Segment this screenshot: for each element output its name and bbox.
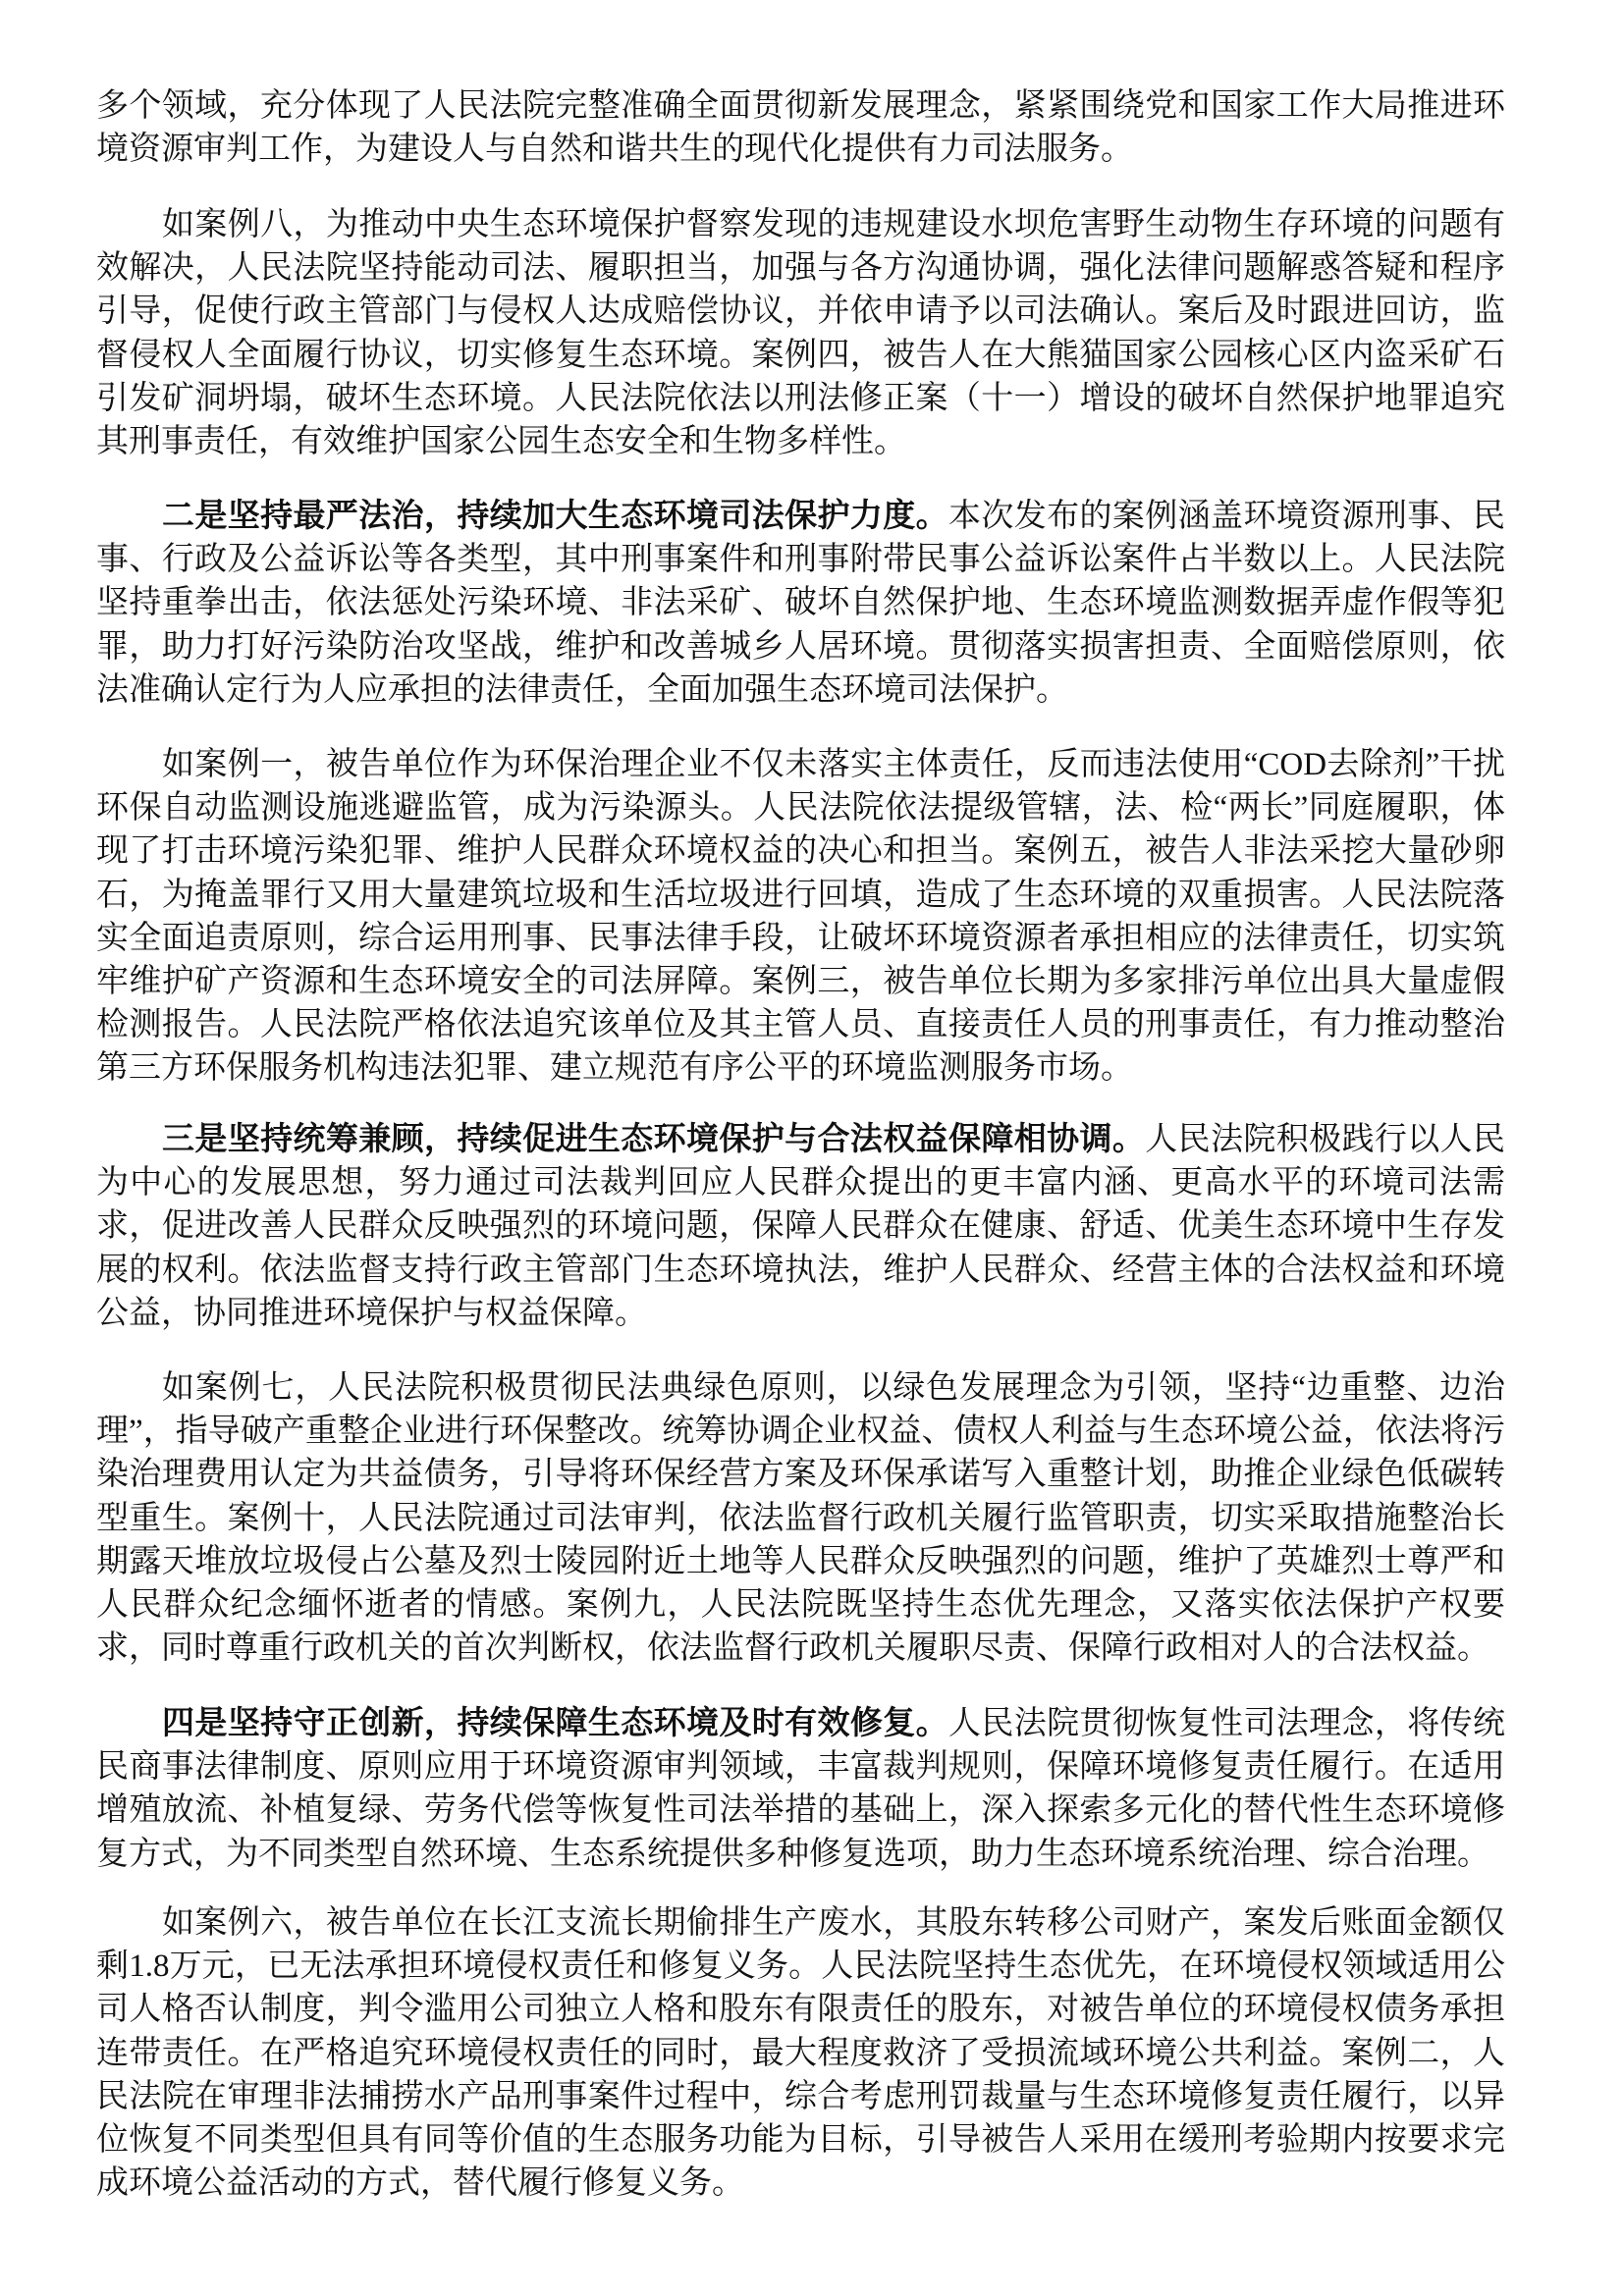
text-run: 效解决，人民法院坚持能动司法、履职担当，加强与各方沟通协调，强化法律问题解惑答疑… bbox=[96, 247, 1505, 286]
text-run: 人民法院积极践行以人民 bbox=[1145, 1119, 1505, 1157]
text-run: 如案例一，被告单位作为环保治理企业不仅未落实主体责任，反而违法使用 bbox=[162, 744, 1244, 782]
text-line: 效解决，人民法院坚持能动司法、履职担当，加强与各方沟通协调，强化法律问题解惑答疑… bbox=[96, 245, 1505, 289]
text-line: 石，为掩盖罪行又用大量建筑垃圾和生活垃圾进行回填，造成了生态环境的双重损害。人民… bbox=[96, 873, 1505, 916]
text-run: 连带责任。在严格追究环境侵权责任的同时，最大程度救济了受损流域环境公共利益。案例… bbox=[96, 2033, 1505, 2071]
text-line: 型重生。案例十，人民法院通过司法审判，依法监督行政机关履行监管职责，切实采取措施… bbox=[96, 1496, 1505, 1539]
bold-lead-heading: 四是坚持守正创新，持续保障生态环境及时有效修复。 bbox=[162, 1703, 948, 1741]
text-run: 民法院在审理非法捕捞水产品刑事案件过程中，综合考虑刑罚裁量与生态环境修复责任履行… bbox=[96, 2076, 1505, 2114]
text-line: 位恢复不同类型但具有同等价值的生态服务功能为目标，引导被告人采用在缓刑考验期内按… bbox=[96, 2117, 1505, 2161]
text-line: 求，促进改善人民群众反映强烈的环境问题，保障人民群众在健康、舒适、优美生态环境中… bbox=[96, 1203, 1505, 1247]
bold-lead-heading: 二是坚持最严法治，持续加大生态环境司法保护力度。 bbox=[162, 496, 948, 534]
text-line: 如案例七，人民法院积极贯彻民法典绿色原则，以绿色发展理念为引领，坚持“边重整、边… bbox=[96, 1365, 1505, 1409]
text-line: 民商事法律制度、原则应用于环境资源审判领域，丰富裁判规则，保障环境修复责任履行。… bbox=[96, 1744, 1505, 1788]
text-run: 牢维护矿产资源和生态环境安全的司法屏障。案例三，被告单位长期为多家排污单位出具大… bbox=[96, 961, 1505, 999]
text-line: 剩1.8万元，已无法承担环境侵权责任和修复义务。人民法院坚持生态优先，在环境侵权… bbox=[96, 1944, 1505, 1987]
text-run: 增殖放流、补植复绿、劳务代偿等恢复性司法举措的基础上，深入探索多元化的替代性生态… bbox=[96, 1789, 1505, 1828]
text-run: 染治理费用认定为共益债务，引导将环保经营方案及环保承诺写入重整计划，助推企业绿色… bbox=[96, 1454, 1505, 1492]
text-run: 复方式，为不同类型自然环境、生态系统提供多种修复选项，助力生态环境系统治理、综合… bbox=[96, 1834, 1489, 1872]
bold-lead-heading: 三是坚持统筹兼顾，持续促进生态环境保护与合法权益保障相协调。 bbox=[162, 1119, 1145, 1157]
text-line: 四是坚持守正创新，持续保障生态环境及时有效修复。人民法院贯彻恢复性司法理念，将传… bbox=[96, 1701, 1505, 1744]
text-line: 罪，助力打好污染防治攻坚战，维护和改善城乡人居环境。贯彻落实损害担责、全面赔偿原… bbox=[96, 624, 1505, 667]
text-run: 期露天堆放垃圾侵占公墓及烈士陵园附近土地等人民群众反映强烈的问题，维护了英雄烈士… bbox=[96, 1541, 1505, 1579]
text-line: 公益，协同推进环境保护与权益保障。 bbox=[96, 1291, 1505, 1334]
paragraph: 三是坚持统筹兼顾，持续促进生态环境保护与合法权益保障相协调。人民法院积极践行以人… bbox=[96, 1117, 1505, 1334]
text-line: 坚持重拳出击，依法惩处污染环境、非法采矿、破坏自然保护地、生态环境监测数据弄虚作… bbox=[96, 580, 1505, 623]
text-run: 成环境公益活动的方式，替代履行修复义务。 bbox=[96, 2163, 744, 2201]
text-line: 二是坚持最严法治，持续加大生态环境司法保护力度。本次发布的案例涵盖环境资源刑事、… bbox=[96, 494, 1505, 537]
text-run: 为中心的发展思想，努力通过司法裁判回应人民群众提出的更丰富内涵、更高水平的环境司… bbox=[96, 1162, 1505, 1201]
text-line: 如案例六，被告单位在长江支流长期偷排生产废水，其股东转移公司财产，案发后账面金额… bbox=[96, 1900, 1505, 1944]
text-line: 牢维护矿产资源和生态环境安全的司法屏障。案例三，被告单位长期为多家排污单位出具大… bbox=[96, 959, 1505, 1002]
text-run: 引导，促使行政主管部门与侵权人达成赔偿协议，并依申请予以司法确认。案后及时跟进回… bbox=[96, 291, 1505, 329]
text-run: 检测报告。人民法院严格依法追究该单位及其主管人员、直接责任人员的刑事责任，有力推… bbox=[96, 1004, 1505, 1042]
text-line: 其刑事责任，有效维护国家公园生态安全和生物多样性。 bbox=[96, 419, 1505, 462]
text-line: 事、行政及公益诉讼等各类型，其中刑事案件和刑事附带民事公益诉讼案件占半数以上。人… bbox=[96, 537, 1505, 580]
text-line: 境资源审判工作，为建设人与自然和谐共生的现代化提供有力司法服务。 bbox=[96, 127, 1505, 170]
text-run: 石，为掩盖罪行又用大量建筑垃圾和生活垃圾进行回填，造成了生态环境的双重损害。人民… bbox=[96, 875, 1505, 913]
paragraph: 如案例八，为推动中央生态环境保护督察发现的违规建设水坝危害野生动物生存环境的问题… bbox=[96, 202, 1505, 462]
text-run: 如案例六，被告单位在长江支流长期偷排生产废水，其股东转移公司财产，案发后账面金额… bbox=[162, 1902, 1505, 1941]
text-run: 去除剂 bbox=[1326, 744, 1426, 782]
text-line: 三是坚持统筹兼顾，持续促进生态环境保护与合法权益保障相协调。人民法院积极践行以人… bbox=[96, 1117, 1505, 1160]
latin-text-run: “COD bbox=[1244, 747, 1326, 782]
text-line: 司人格否认制度，判令滥用公司独立人格和股东有限责任的股东，对被告单位的环境侵权债… bbox=[96, 1987, 1505, 2030]
text-line: 法准确认定行为人应承担的法律责任，全面加强生态环境司法保护。 bbox=[96, 667, 1505, 711]
text-run: 坚持重拳出击，依法惩处污染环境、非法采矿、破坏自然保护地、生态环境监测数据弄虚作… bbox=[96, 582, 1505, 620]
text-run: 引发矿洞坍塌，破坏生态环境。人民法院依法以刑法修正案（十一）增设的破坏自然保护地… bbox=[96, 378, 1505, 416]
text-run: 第三方环保服务机构违法犯罪、建立规范有序公平的环境监测服务市场。 bbox=[96, 1047, 1133, 1086]
text-line: 如案例八，为推动中央生态环境保护督察发现的违规建设水坝危害野生动物生存环境的问题… bbox=[96, 202, 1505, 245]
paragraph: 如案例七，人民法院积极贯彻民法典绿色原则，以绿色发展理念为引领，坚持“边重整、边… bbox=[96, 1365, 1505, 1669]
text-line: 增殖放流、补植复绿、劳务代偿等恢复性司法举措的基础上，深入探索多元化的替代性生态… bbox=[96, 1788, 1505, 1831]
text-line: 如案例一，被告单位作为环保治理企业不仅未落实主体责任，反而违法使用“COD去除剂… bbox=[96, 742, 1505, 785]
text-run: 位恢复不同类型但具有同等价值的生态服务功能为目标，引导被告人采用在缓刑考验期内按… bbox=[96, 2119, 1505, 2158]
latin-text-run: “ bbox=[1214, 790, 1228, 826]
text-line: 复方式，为不同类型自然环境、生态系统提供多种修复选项，助力生态环境系统治理、综合… bbox=[96, 1832, 1505, 1875]
paragraph: 如案例一，被告单位作为环保治理企业不仅未落实主体责任，反而违法使用“COD去除剂… bbox=[96, 742, 1505, 1090]
document-page: 多个领域，充分体现了人民法院完整准确全面贯彻新发展理念，紧紧围绕党和国家工作大局… bbox=[0, 0, 1624, 2296]
text-run: 干扰 bbox=[1439, 744, 1505, 782]
latin-text-run: ” bbox=[1426, 747, 1440, 782]
text-line: 引导，促使行政主管部门与侵权人达成赔偿协议，并依申请予以司法确认。案后及时跟进回… bbox=[96, 289, 1505, 332]
paragraph: 如案例六，被告单位在长江支流长期偷排生产废水，其股东转移公司财产，案发后账面金额… bbox=[96, 1900, 1505, 2204]
text-line: 人民群众纪念缅怀逝者的情感。案例九，人民法院既坚持生态优先理念，又落实依法保护产… bbox=[96, 1582, 1505, 1626]
text-run: 展的权利。依法监督支持行政主管部门生态环境执法，维护人民群众、经营主体的合法权益… bbox=[96, 1250, 1505, 1288]
text-run: 剩 bbox=[96, 1946, 129, 1984]
text-run: 法准确认定行为人应承担的法律责任，全面加强生态环境司法保护。 bbox=[96, 669, 1068, 708]
text-run: 公益，协同推进环境保护与权益保障。 bbox=[96, 1293, 647, 1331]
text-line: 成环境公益活动的方式，替代履行修复义务。 bbox=[96, 2161, 1505, 2204]
text-run: 境资源审判工作，为建设人与自然和谐共生的现代化提供有力司法服务。 bbox=[96, 129, 1133, 167]
text-run: 罪，助力打好污染防治攻坚战，维护和改善城乡人居环境。贯彻落实损害担责、全面赔偿原… bbox=[96, 626, 1505, 665]
text-line: 实全面追责原则，综合运用刑事、民事法律手段，让破坏环境资源者承担相应的法律责任，… bbox=[96, 916, 1505, 959]
text-run: 实全面追责原则，综合运用刑事、民事法律手段，让破坏环境资源者承担相应的法律责任，… bbox=[96, 918, 1505, 956]
paragraph: 四是坚持守正创新，持续保障生态环境及时有效修复。人民法院贯彻恢复性司法理念，将传… bbox=[96, 1701, 1505, 1875]
text-line: 连带责任。在严格追究环境侵权责任的同时，最大程度救济了受损流域环境公共利益。案例… bbox=[96, 2031, 1505, 2074]
latin-text-run: “ bbox=[1291, 1370, 1306, 1406]
text-line: 现了打击环境污染犯罪、维护人民群众环境权益的决心和担当。案例五，被告人非法采挖大… bbox=[96, 828, 1505, 872]
text-line: 第三方环保服务机构违法犯罪、建立规范有序公平的环境监测服务市场。 bbox=[96, 1045, 1505, 1089]
text-run: 求，同时尊重行政机关的首次判断权，依法监督行政机关履职尽责、保障行政相对人的合法… bbox=[96, 1628, 1489, 1666]
text-run: 求，促进改善人民群众反映强烈的环境问题，保障人民群众在健康、舒适、优美生态环境中… bbox=[96, 1205, 1505, 1244]
text-run: 同庭履职，体 bbox=[1308, 787, 1505, 826]
text-run: 事、行政及公益诉讼等各类型，其中刑事案件和刑事附带民事公益诉讼案件占半数以上。人… bbox=[96, 539, 1505, 577]
text-run: 边重整、边治 bbox=[1306, 1367, 1505, 1406]
text-run: 环保自动监测设施逃避监管，成为污染源头。人民法院依法提级管辖，法、检 bbox=[96, 787, 1214, 826]
text-run: 人民群众纪念缅怀逝者的情感。案例九，人民法院既坚持生态优先理念，又落实依法保护产… bbox=[96, 1584, 1505, 1623]
text-line: 民法院在审理非法捕捞水产品刑事案件过程中，综合考虑刑罚裁量与生态环境修复责任履行… bbox=[96, 2074, 1505, 2117]
text-line: 求，同时尊重行政机关的首次判断权，依法监督行政机关履职尽责、保障行政相对人的合法… bbox=[96, 1626, 1505, 1669]
text-run: 理 bbox=[96, 1411, 129, 1449]
latin-text-run: ” bbox=[1294, 790, 1309, 826]
text-line: 环保自动监测设施逃避监管，成为污染源头。人民法院依法提级管辖，法、检“两长”同庭… bbox=[96, 785, 1505, 828]
text-line: 为中心的发展思想，努力通过司法裁判回应人民群众提出的更丰富内涵、更高水平的环境司… bbox=[96, 1160, 1505, 1203]
paragraph: 二是坚持最严法治，持续加大生态环境司法保护力度。本次发布的案例涵盖环境资源刑事、… bbox=[96, 494, 1505, 711]
text-run: 万元，已无法承担环境侵权责任和修复义务。人民法院坚持生态优先，在环境侵权领域适用… bbox=[169, 1946, 1505, 1984]
text-line: 染治理费用认定为共益债务，引导将环保经营方案及环保承诺写入重整计划，助推企业绿色… bbox=[96, 1452, 1505, 1495]
latin-text-run: 1.8 bbox=[129, 1949, 169, 1984]
text-line: 引发矿洞坍塌，破坏生态环境。人民法院依法以刑法修正案（十一）增设的破坏自然保护地… bbox=[96, 376, 1505, 419]
text-run: 司人格否认制度，判令滥用公司独立人格和股东有限责任的股东，对被告单位的环境侵权债… bbox=[96, 1989, 1505, 2027]
text-line: 督侵权人全面履行协议，切实修复生态环境。案例四，被告人在大熊猫国家公园核心区内盗… bbox=[96, 333, 1505, 376]
text-run: 现了打击环境污染犯罪、维护人民群众环境权益的决心和担当。案例五，被告人非法采挖大… bbox=[96, 830, 1505, 869]
text-run: 两长 bbox=[1227, 787, 1293, 826]
text-run: 其刑事责任，有效维护国家公园生态安全和生物多样性。 bbox=[96, 421, 906, 459]
text-line: 理”，指导破产重整企业进行环保整改。统筹协调企业权益、债权人利益与生态环境公益，… bbox=[96, 1409, 1505, 1452]
text-run: 本次发布的案例涵盖环境资源刑事、民 bbox=[948, 496, 1505, 534]
paragraph: 多个领域，充分体现了人民法院完整准确全面贯彻新发展理念，紧紧围绕党和国家工作大局… bbox=[96, 83, 1505, 170]
text-line: 期露天堆放垃圾侵占公墓及烈士陵园附近土地等人民群众反映强烈的问题，维护了英雄烈士… bbox=[96, 1539, 1505, 1582]
text-run: 民商事法律制度、原则应用于环境资源审判领域，丰富裁判规则，保障环境修复责任履行。… bbox=[96, 1746, 1505, 1785]
text-run: 型重生。案例十，人民法院通过司法审判，依法监督行政机关履行监管职责，切实采取措施… bbox=[96, 1498, 1505, 1536]
text-run: 人民法院贯彻恢复性司法理念，将传统 bbox=[948, 1703, 1505, 1741]
text-run: 如案例八，为推动中央生态环境保护督察发现的违规建设水坝危害野生动物生存环境的问题… bbox=[162, 204, 1505, 242]
text-line: 检测报告。人民法院严格依法追究该单位及其主管人员、直接责任人员的刑事责任，有力推… bbox=[96, 1002, 1505, 1045]
text-line: 多个领域，充分体现了人民法院完整准确全面贯彻新发展理念，紧紧围绕党和国家工作大局… bbox=[96, 83, 1505, 127]
text-line: 展的权利。依法监督支持行政主管部门生态环境执法，维护人民群众、经营主体的合法权益… bbox=[96, 1248, 1505, 1291]
latin-text-run: ” bbox=[129, 1414, 143, 1449]
text-run: 督侵权人全面履行协议，切实修复生态环境。案例四，被告人在大熊猫国家公园核心区内盗… bbox=[96, 335, 1505, 373]
text-run: 如案例七，人民法院积极贯彻民法典绿色原则，以绿色发展理念为引领，坚持 bbox=[162, 1367, 1291, 1406]
text-run: ，指导破产重整企业进行环保整改。统筹协调企业权益、债权人利益与生态环境公益，依法… bbox=[143, 1411, 1505, 1449]
text-run: 多个领域，充分体现了人民法院完整准确全面贯彻新发展理念，紧紧围绕党和国家工作大局… bbox=[96, 85, 1505, 124]
